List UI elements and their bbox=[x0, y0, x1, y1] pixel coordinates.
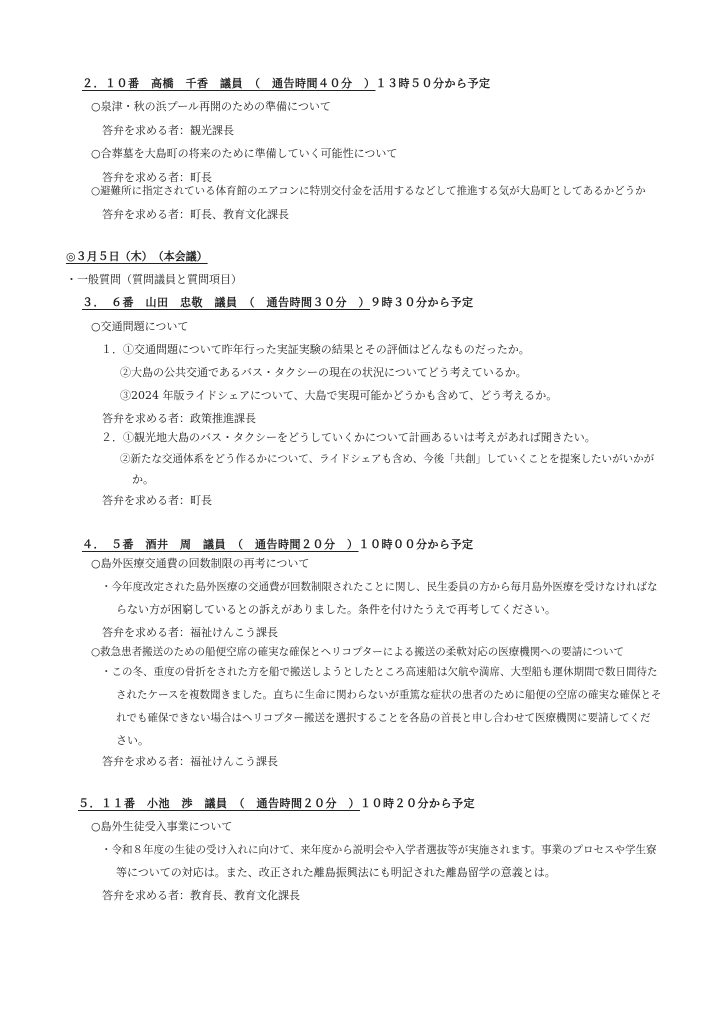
section-4-topic-1: ○島外医療交通費の回数制限の再考について bbox=[91, 557, 309, 571]
section-4-topic-2-respondent: 答弁を求める者：福祉けんこう課長 bbox=[102, 755, 278, 769]
section-5-header: ５．１１番 小池 渉 議員 （ 通告時間２０分 ）１０時２０分から予定 bbox=[78, 797, 475, 811]
section-5-time: １０時２０分から予定 bbox=[360, 797, 475, 810]
section-4-topic-2-body-4: さい。 bbox=[116, 734, 149, 748]
section-5-body-1: ・令和８年度の生徒の受け入れに向けて、来年度から説明会や入学者選抜等が実施されま… bbox=[101, 843, 656, 857]
section-4-topic-1-body-2: らない方が困窮しているとの訴えがありました。条件を付けたうえで再考してください。 bbox=[116, 603, 556, 617]
section-2-speaker: ２．１０番 高橋 千香 議員 （ 通告時間４０分 ） bbox=[82, 77, 376, 90]
section-4-topic-2-body-3: れでも確保できない場合はヘリコプター搬送を選択することを各島の首長と申し合わせて… bbox=[116, 711, 651, 725]
section-4-topic-2: ○救急患者搬送のための船便空席の確実な確保とヘリコプターによる搬送の柔軟対応の医… bbox=[91, 645, 624, 659]
day-subtitle: ・一般質問（質問議員と質問項目） bbox=[66, 273, 242, 287]
section-4-topic-1-respondent: 答弁を求める者：福祉けんこう課長 bbox=[102, 626, 278, 640]
section-3-q2-respondent: 答弁を求める者：町長 bbox=[102, 494, 212, 508]
section-4-speaker: ４． ５番 酒井 周 議員 （ 通告時間２０分 ） bbox=[82, 538, 359, 551]
section-2-header: ２．１０番 高橋 千香 議員 （ 通告時間４０分 ）１３時５０分から予定 bbox=[82, 77, 491, 91]
section-2-topic-3: ○避難所に指定されている体育館のエアコンに特別交付金を活用するなどして推進する気… bbox=[91, 184, 646, 198]
section-2-time: １３時５０分から予定 bbox=[376, 77, 491, 90]
section-3-speaker: ３． ６番 山田 忠敬 議員 （ 通告時間３０分 ） bbox=[82, 296, 370, 309]
day-heading: ◎３月５日（木） （本会議） bbox=[66, 250, 208, 264]
section-4-header: ４． ５番 酒井 周 議員 （ 通告時間２０分 ）１０時００分から予定 bbox=[82, 538, 474, 552]
section-3-q2-3: か。 bbox=[132, 473, 154, 487]
section-5-respondent: 答弁を求める者：教育長、教育文化課長 bbox=[102, 889, 300, 903]
section-3-q1-2: ②大島の公共交通であるバス・タクシーの現在の状況についてどう考えているか。 bbox=[120, 366, 527, 380]
section-2-respondent-3: 答弁を求める者：町長、教育文化課長 bbox=[102, 208, 289, 222]
section-3-topic: ○交通問題について bbox=[91, 320, 188, 334]
section-3-q2-1: ２．①観光地大島のバス・タクシーをどうしていくかについて計画あるいは考えがあれば… bbox=[101, 431, 596, 445]
section-3-q1-3: ③2024 年版ライドシェアについて、大島で実現可能かどうかも含めて、どう考える… bbox=[120, 389, 557, 403]
section-3-header: ３． ６番 山田 忠敬 議員 （ 通告時間３０分 ）９時３０分から予定 bbox=[82, 296, 474, 310]
section-2-respondent-1: 答弁を求める者：観光課長 bbox=[102, 124, 234, 138]
section-3-q2-2: ②新たな交通体系をどう作るかについて、ライドシェアも含め、今後「共創」していくこ… bbox=[120, 452, 654, 466]
section-4-topic-1-body-1: ・今年度改定された島外医療の交通費が回数制限されたことに関し、民生委員の方から毎… bbox=[101, 580, 658, 594]
section-3-q1-respondent: 答弁を求める者：政策推進課長 bbox=[102, 412, 256, 426]
section-3-q1-1: １．①交通問題について昨年行った実証実験の結果とその評価はどんなものだったか。 bbox=[101, 343, 530, 357]
section-2-respondent-2: 答弁を求める者：町長 bbox=[102, 171, 212, 185]
section-3-time: ９時３０分から予定 bbox=[370, 296, 474, 309]
section-5-topic: ○島外生徒受入事業について bbox=[91, 820, 232, 834]
section-4-time: １０時００分から予定 bbox=[359, 538, 474, 551]
section-2-topic-1: ○泉津・秋の浜プール再開のための準備について bbox=[91, 100, 331, 114]
section-4-topic-2-body-1: ・この冬、重度の骨折をされた方を船で搬送しようとしたところ高速船は欠航や満席、大… bbox=[101, 665, 658, 679]
section-5-speaker: ５．１１番 小池 渉 議員 （ 通告時間２０分 ） bbox=[78, 797, 360, 810]
section-5-body-2: 等についての対応は。また、改正された離島振興法にも明記された離島留学の意義とは。 bbox=[116, 866, 556, 880]
section-4-topic-2-body-2: されたケースを複数聞きました。直ちに生命に関わらないが重篤な症状の患者のために船… bbox=[116, 688, 661, 702]
section-2-topic-2: ○合葬墓を大島町の将来のために準備していく可能性について bbox=[91, 147, 397, 161]
